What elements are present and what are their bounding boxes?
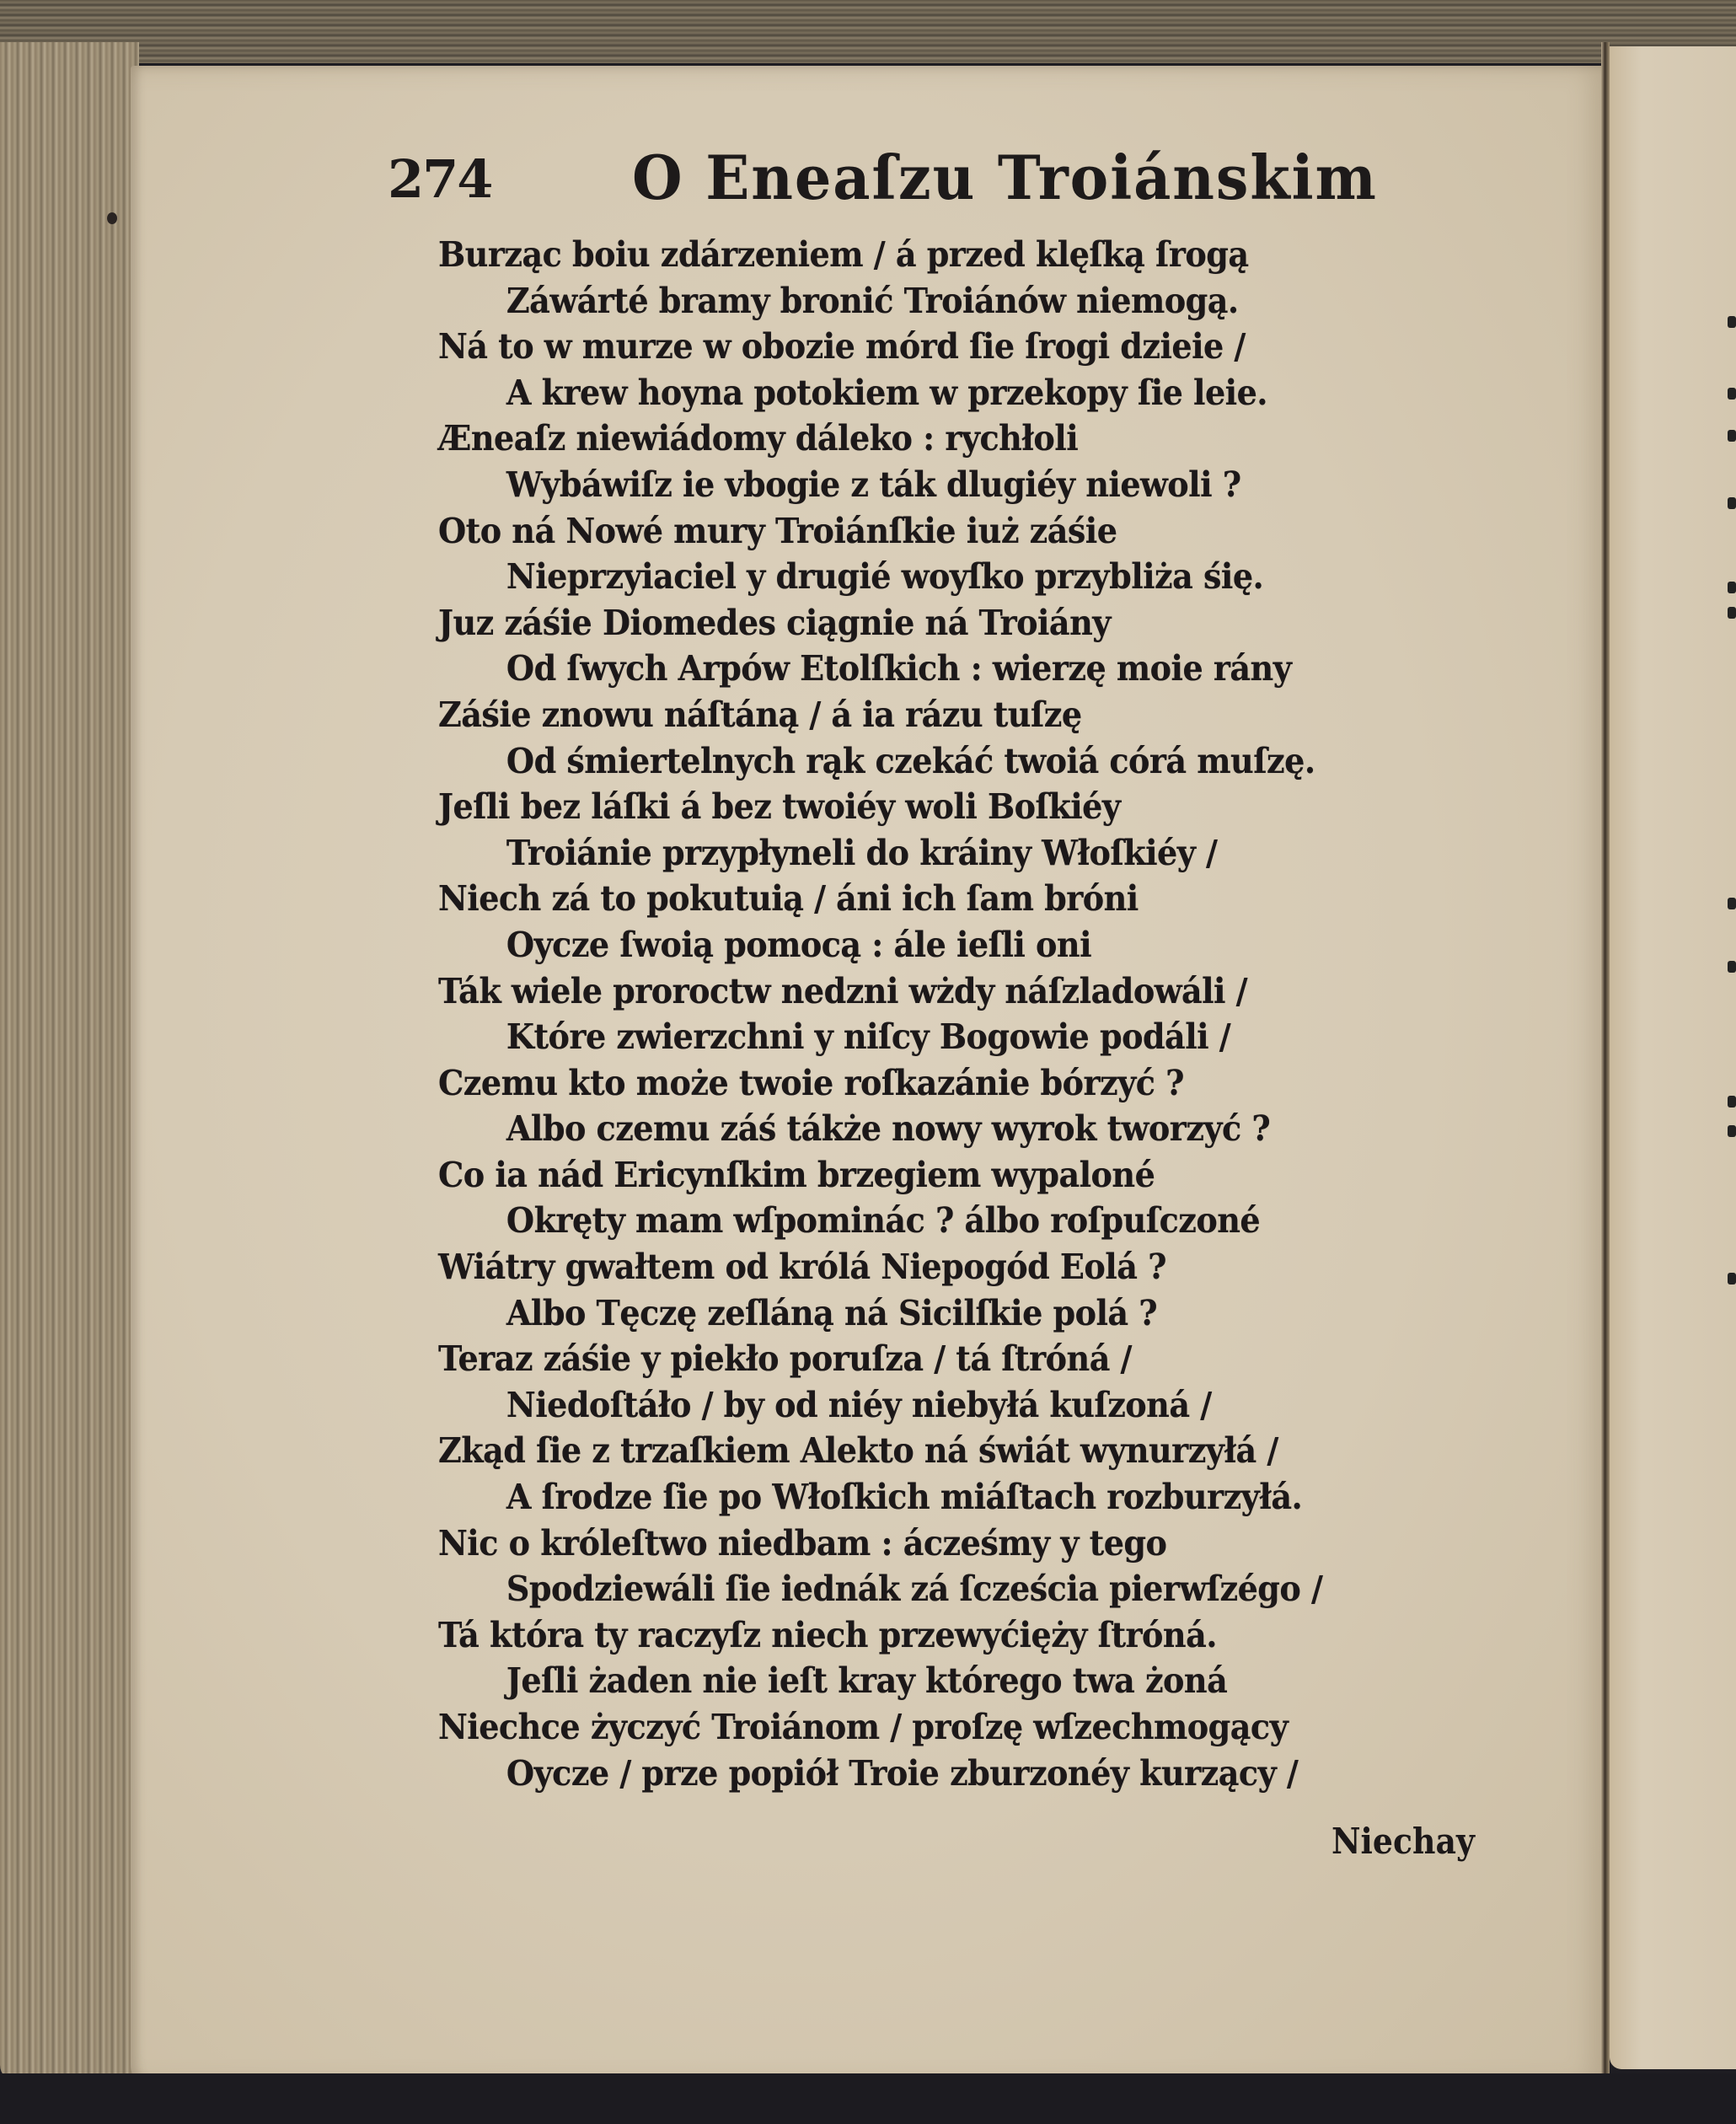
verse-line: Teraz záśie y piekło poruſza / tá ſtróná… — [438, 1336, 1300, 1382]
catchword: Niechay — [1331, 1821, 1475, 1862]
verse-body: Burząc boiu zdárzeniem / á przed klęſką … — [438, 232, 1365, 1796]
verse-line: Niech zá to pokutuią / áni ich ſam bróni — [438, 876, 1300, 922]
verse-line: Ták wiele proroctw nedzni wżdy náſzladow… — [438, 968, 1300, 1015]
verse-line: Które zwierzchni y niſcy Bogowie podáli … — [438, 1014, 1300, 1060]
verse-line: Co ia nád Ericynſkim brzegiem wypaloné — [438, 1152, 1300, 1199]
verse-line: Tá która ty raczyſz niech przewyćięży ſt… — [438, 1612, 1300, 1659]
verse-line: Nic o króleſtwo niedbam : ácześmy y tego — [438, 1521, 1300, 1567]
verse-line: A ſrodze ſie po Włoſkich miáſtach rozbur… — [438, 1474, 1300, 1521]
verse-line: Wybáwiſz ie vbogie z ták dlugiéy niewoli… — [438, 462, 1300, 508]
verse-line: Albo czemu záś tákże nowy wyrok tworzyć … — [438, 1106, 1300, 1152]
right-page-fragment — [1610, 46, 1736, 2069]
verse-line: Od ſwych Arpów Etolſkich : wierzę moie r… — [438, 646, 1300, 692]
verse-line: Niechce życzyć Troiánom / proſzę wſzechm… — [438, 1704, 1300, 1751]
verse-line: Okręty mam wſpominác ? álbo roſpuſczoné — [438, 1198, 1300, 1244]
verse-line: Troiánie przypłyneli do kráiny Włoſkiéy … — [438, 830, 1300, 877]
verse-line: Jeſli bez láſki á bez twoiéy woli Boſkié… — [438, 784, 1300, 830]
book-top-edge — [0, 0, 1736, 63]
verse-line: Nieprzyiaciel y drugié woyſko przybliża … — [438, 554, 1300, 600]
verse-line: Od śmiertelnych rąk czekáć twoiá córá mu… — [438, 738, 1300, 785]
verse-line: Burząc boiu zdárzeniem / á przed klęſką … — [438, 232, 1300, 278]
verse-line: Záwárté bramy bronić Troiánów niemogą. — [438, 278, 1300, 324]
book-photo: 274 O Eneaſzu Troiánskim Burząc boiu zdá… — [0, 0, 1736, 2124]
verse-line: Albo Tęczę zeſláną ná Sicilſkie polá ? — [438, 1290, 1300, 1337]
verse-line: Zkąd ſie z trzaſkiem Alekto ná świát wyn… — [438, 1428, 1300, 1474]
verse-line: Ná to w murze w obozie mórd ſie ſrogi dz… — [438, 324, 1300, 370]
verse-line: Oto ná Nowé mury Troiánſkie iuż záśie — [438, 508, 1300, 555]
verse-line: Záśie znowu náſtáną / á ia rázu tuſzę — [438, 692, 1300, 738]
verse-line: Æneaſz niewiádomy dáleko : rychłoli — [438, 416, 1300, 462]
verse-line: Spodziewáli ſie iednák zá ſcześcia pierw… — [438, 1566, 1300, 1612]
right-page-text-fragments — [1728, 0, 1736, 1349]
verse-line: Wiátry gwałtem od królá Niepogód Eolá ? — [438, 1244, 1300, 1290]
verse-line: Jeſli żaden nie ieſt kray którego twa żo… — [438, 1658, 1300, 1704]
verse-line: Juz záśie Diomedes ciągnie ná Troiány — [438, 600, 1300, 646]
running-head-title: O Eneaſzu Troiánskim — [632, 142, 1378, 213]
verse-line: Oycze / prze popiół Troie zburzonéy kurz… — [438, 1751, 1300, 1797]
ink-spot — [107, 212, 117, 224]
verse-line: Niedoſtáło / by od niéy niebyłá kuſzoná … — [438, 1382, 1300, 1429]
background-shadow — [0, 2073, 1736, 2124]
page-stack-edge — [0, 42, 139, 2082]
page-number: 274 — [388, 148, 491, 210]
verse-line: Oycze ſwoią pomocą : ále ieſli oni — [438, 922, 1300, 968]
book-gutter — [1601, 42, 1610, 2082]
verse-line: A krew hoyna potokiem w przekopy ſie lei… — [438, 370, 1300, 416]
running-head: 274 O Eneaſzu Troiánskim — [388, 142, 1365, 217]
verse-line: Czemu kto może twoie roſkazánie bórzyć ? — [438, 1060, 1300, 1107]
